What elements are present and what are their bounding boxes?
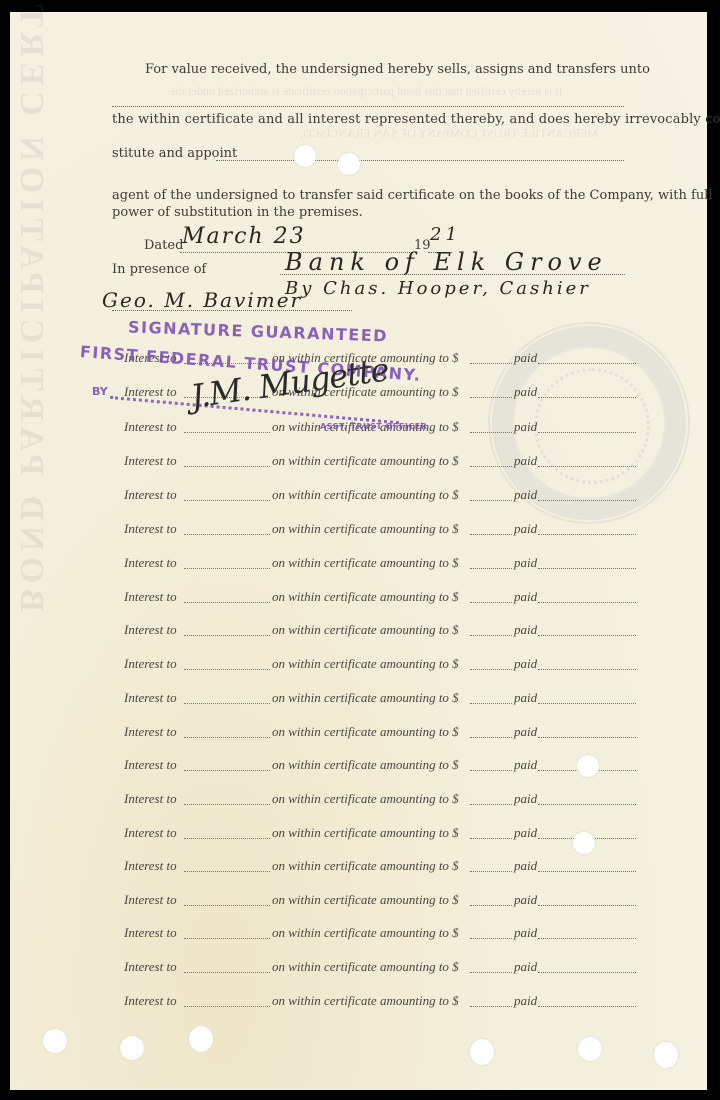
amount-blank[interactable]: [470, 703, 512, 704]
interest-date-blank[interactable]: [184, 635, 270, 636]
paid-blank[interactable]: [538, 1006, 636, 1007]
amount-blank[interactable]: [470, 363, 512, 364]
paid-label: paid: [514, 993, 537, 1009]
certificate-reverse-page: It is hereby certified that this bond pa…: [10, 12, 707, 1090]
amount-blank[interactable]: [470, 500, 512, 501]
amount-blank[interactable]: [470, 635, 512, 636]
bleed-through-vertical-title: BOND PARTICIPATION CERTIFICATE: [12, 0, 50, 612]
interest-date-blank[interactable]: [184, 703, 270, 704]
interest-row: Interest toon within certificate amounti…: [124, 825, 636, 841]
within-certificate-label: on within certificate amounting to $: [272, 487, 459, 503]
interest-row: Interest toon within certificate amounti…: [124, 656, 636, 672]
interest-date-blank[interactable]: [184, 669, 270, 670]
paid-blank[interactable]: [538, 568, 636, 569]
amount-blank[interactable]: [470, 397, 512, 398]
punch-hole: [578, 1037, 602, 1061]
within-certificate-label: on within certificate amounting to $: [272, 825, 459, 841]
interest-row: Interest toon within certificate amounti…: [124, 993, 636, 1009]
interest-row: Interest toon within certificate amounti…: [124, 690, 636, 706]
interest-date-blank[interactable]: [184, 568, 270, 569]
paid-label: paid: [514, 959, 537, 975]
amount-blank[interactable]: [470, 972, 512, 973]
interest-label: Interest to: [124, 453, 177, 469]
interest-date-blank[interactable]: [184, 602, 270, 603]
paid-blank[interactable]: [538, 500, 636, 501]
paid-label: paid: [514, 622, 537, 638]
dated-handwritten: March 23: [182, 224, 306, 249]
paid-label: paid: [514, 925, 537, 941]
paid-label: paid: [514, 656, 537, 672]
amount-blank[interactable]: [470, 804, 512, 805]
paid-label: paid: [514, 858, 537, 874]
paid-blank[interactable]: [538, 602, 636, 603]
within-certificate-label: on within certificate amounting to $: [272, 690, 459, 706]
paid-label: paid: [514, 589, 537, 605]
interest-row: Interest toon within certificate amounti…: [124, 858, 636, 874]
stamp-signature-guaranteed: SIGNATURE GUARANTEED: [128, 317, 389, 345]
amount-blank[interactable]: [470, 871, 512, 872]
punch-hole: [294, 145, 316, 167]
amount-blank[interactable]: [470, 466, 512, 467]
amount-blank[interactable]: [470, 838, 512, 839]
assignment-line-4: agent of the undersigned to transfer sai…: [112, 188, 713, 203]
paid-blank[interactable]: [538, 972, 636, 973]
interest-row: Interest toon within certificate amounti…: [124, 757, 636, 773]
punch-hole: [338, 153, 360, 175]
presence-label: In presence of: [112, 262, 206, 277]
interest-label: Interest to: [124, 690, 177, 706]
punch-hole: [120, 1036, 144, 1060]
interest-row: Interest toon within certificate amounti…: [124, 453, 636, 469]
interest-label: Interest to: [124, 959, 177, 975]
interest-row: Interest toon within certificate amounti…: [124, 555, 636, 571]
paid-label: paid: [514, 825, 537, 841]
dated-label: Dated: [144, 238, 183, 253]
amount-blank[interactable]: [470, 1006, 512, 1007]
interest-label: Interest to: [124, 555, 177, 571]
interest-label: Interest to: [124, 419, 177, 435]
interest-date-blank[interactable]: [184, 500, 270, 501]
interest-date-blank[interactable]: [184, 804, 270, 805]
paid-blank[interactable]: [538, 397, 636, 398]
interest-row: Interest toon within certificate amounti…: [124, 925, 636, 941]
interest-label: Interest to: [124, 757, 177, 773]
amount-blank[interactable]: [470, 568, 512, 569]
interest-date-blank[interactable]: [184, 905, 270, 906]
interest-label: Interest to: [124, 724, 177, 740]
interest-row: Interest toon within certificate amounti…: [124, 622, 636, 638]
assignment-line-5: power of substitution in the premises.: [112, 205, 363, 220]
within-certificate-label: on within certificate amounting to $: [272, 892, 459, 908]
interest-row: Interest toon within certificate amounti…: [124, 791, 636, 807]
interest-date-blank[interactable]: [184, 466, 270, 467]
amount-blank[interactable]: [470, 602, 512, 603]
paid-label: paid: [514, 453, 537, 469]
paid-blank[interactable]: [538, 432, 636, 433]
within-certificate-label: on within certificate amounting to $: [272, 757, 459, 773]
paid-blank[interactable]: [538, 938, 636, 939]
paid-blank[interactable]: [538, 905, 636, 906]
paid-blank[interactable]: [538, 534, 636, 535]
interest-row: Interest toon within certificate amounti…: [124, 724, 636, 740]
within-certificate-label: on within certificate amounting to $: [272, 959, 459, 975]
paid-label: paid: [514, 384, 537, 400]
paid-blank[interactable]: [538, 669, 636, 670]
interest-date-blank[interactable]: [184, 871, 270, 872]
interest-label: Interest to: [124, 521, 177, 537]
interest-date-blank[interactable]: [184, 432, 270, 433]
assignment-line-2: the within certificate and all interest …: [112, 112, 720, 127]
within-certificate-label: on within certificate amounting to $: [272, 521, 459, 537]
assignment-line-3: stitute and appoint: [112, 146, 237, 161]
interest-date-blank[interactable]: [184, 838, 270, 839]
amount-blank[interactable]: [470, 534, 512, 535]
assignor-signature-by: By Chas. Hooper, Cashier: [285, 278, 591, 299]
amount-blank[interactable]: [470, 432, 512, 433]
within-certificate-label: on within certificate amounting to $: [272, 993, 459, 1009]
punch-hole: [189, 1026, 213, 1052]
within-certificate-label: on within certificate amounting to $: [272, 656, 459, 672]
paid-blank[interactable]: [538, 804, 636, 805]
within-certificate-label: on within certificate amounting to $: [272, 724, 459, 740]
paid-label: paid: [514, 791, 537, 807]
stamp-by-label: BY: [92, 385, 108, 398]
interest-label: Interest to: [124, 622, 177, 638]
paid-blank[interactable]: [538, 363, 636, 364]
punch-hole: [43, 1029, 67, 1053]
witness-signature: Geo. M. Bavimer: [102, 288, 302, 312]
paid-label: paid: [514, 690, 537, 706]
year-handwritten: 21: [430, 224, 461, 245]
within-certificate-label: on within certificate amounting to $: [272, 925, 459, 941]
assignor-signature: Bank of Elk Grove: [285, 248, 608, 276]
interest-label: Interest to: [124, 993, 177, 1009]
assignee-blank[interactable]: [112, 106, 624, 107]
interest-date-blank[interactable]: [184, 534, 270, 535]
interest-label: Interest to: [124, 589, 177, 605]
paid-blank[interactable]: [538, 871, 636, 872]
punch-hole: [470, 1039, 494, 1065]
interest-row: Interest toon within certificate amounti…: [124, 487, 636, 503]
within-certificate-label: on within certificate amounting to $: [272, 555, 459, 571]
bleed-through-line: It is hereby certified that this bond pa…: [170, 84, 563, 99]
paid-label: paid: [514, 419, 537, 435]
amount-blank[interactable]: [470, 669, 512, 670]
paid-label: paid: [514, 555, 537, 571]
assignment-line-1: For value received, the undersigned here…: [145, 62, 650, 77]
interest-row: Interest toon within certificate amounti…: [124, 521, 636, 537]
amount-blank[interactable]: [470, 770, 512, 771]
interest-label: Interest to: [124, 791, 177, 807]
punch-hole: [654, 1042, 678, 1068]
interest-row: Interest toon within certificate amounti…: [124, 589, 636, 605]
interest-label: Interest to: [124, 487, 177, 503]
paid-label: paid: [514, 724, 537, 740]
within-certificate-label: on within certificate amounting to $: [272, 453, 459, 469]
paid-blank[interactable]: [538, 635, 636, 636]
interest-label: Interest to: [124, 858, 177, 874]
paid-label: paid: [514, 757, 537, 773]
punch-hole: [577, 755, 599, 777]
paid-label: paid: [514, 487, 537, 503]
interest-label: Interest to: [124, 656, 177, 672]
interest-label: Interest to: [124, 925, 177, 941]
paid-blank[interactable]: [538, 466, 636, 467]
within-certificate-label: on within certificate amounting to $: [272, 791, 459, 807]
interest-date-blank[interactable]: [184, 1006, 270, 1007]
within-certificate-label: on within certificate amounting to $: [272, 622, 459, 638]
bleed-through-company: MERCANTILE TRUST COMPANY OF SAN FRANCISC…: [300, 126, 598, 141]
amount-blank[interactable]: [470, 938, 512, 939]
stamp-officer-title: ASST. TRUST OFFICER: [320, 422, 427, 431]
interest-row: Interest toon within certificate amounti…: [124, 892, 636, 908]
interest-date-blank[interactable]: [184, 737, 270, 738]
interest-date-blank[interactable]: [184, 972, 270, 973]
interest-date-blank[interactable]: [184, 938, 270, 939]
within-certificate-label: on within certificate amounting to $: [272, 858, 459, 874]
interest-row: Interest toon within certificate amounti…: [124, 959, 636, 975]
paid-label: paid: [514, 521, 537, 537]
amount-blank[interactable]: [470, 905, 512, 906]
interest-label: Interest to: [124, 825, 177, 841]
paid-label: paid: [514, 350, 537, 366]
interest-date-blank[interactable]: [184, 770, 270, 771]
attorney-blank[interactable]: [216, 160, 624, 161]
punch-hole: [573, 832, 595, 854]
within-certificate-label: on within certificate amounting to $: [272, 589, 459, 605]
paid-blank[interactable]: [538, 737, 636, 738]
paid-label: paid: [514, 892, 537, 908]
paid-blank[interactable]: [538, 703, 636, 704]
interest-label: Interest to: [124, 892, 177, 908]
amount-blank[interactable]: [470, 737, 512, 738]
